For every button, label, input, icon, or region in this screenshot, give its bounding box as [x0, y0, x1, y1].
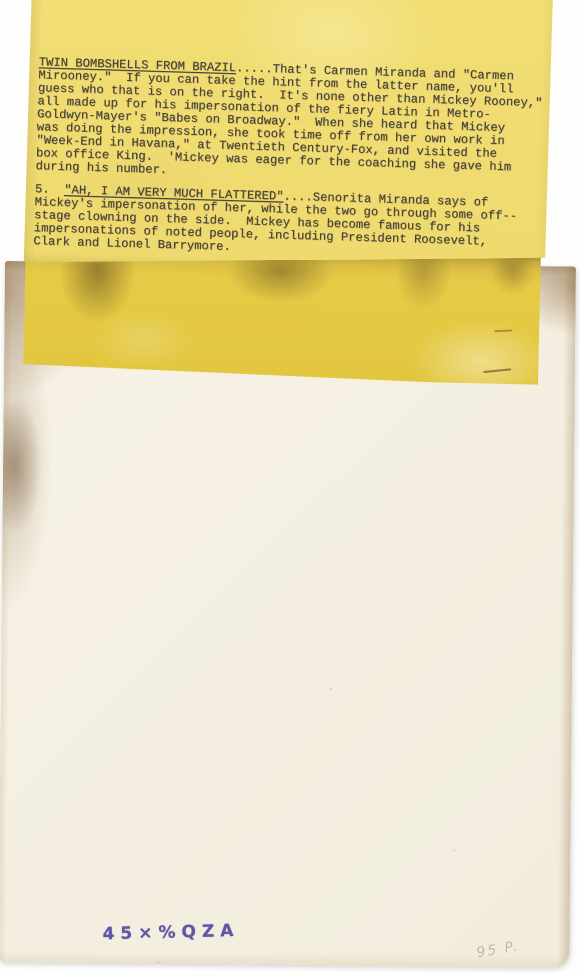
caption-paragraph-2: 5. "AH, I AM VERY MUCH FLATTERED"....Sen… [33, 183, 550, 263]
ink-stamp: 45×%QZA [102, 921, 239, 944]
crease-mark [494, 329, 512, 332]
caption-paragraph-1: TWIN BOMBSHELLS FROM BRAZIL.....That's C… [35, 56, 553, 188]
caption-body-1: Mirooney." If you can take the hint from… [35, 69, 553, 188]
typed-caption: TWIN BOMBSHELLS FROM BRAZIL.....That's C… [33, 56, 553, 263]
pencil-note: 95 P. [475, 938, 520, 961]
crease-mark [483, 368, 511, 373]
scan-background: 45×%QZA 95 P. TWIN BOMBSHELLS FROM BRAZI… [0, 0, 580, 973]
snipe-lower-flap [23, 243, 541, 385]
press-snipe-paper: TWIN BOMBSHELLS FROM BRAZIL.....That's C… [24, 0, 553, 281]
